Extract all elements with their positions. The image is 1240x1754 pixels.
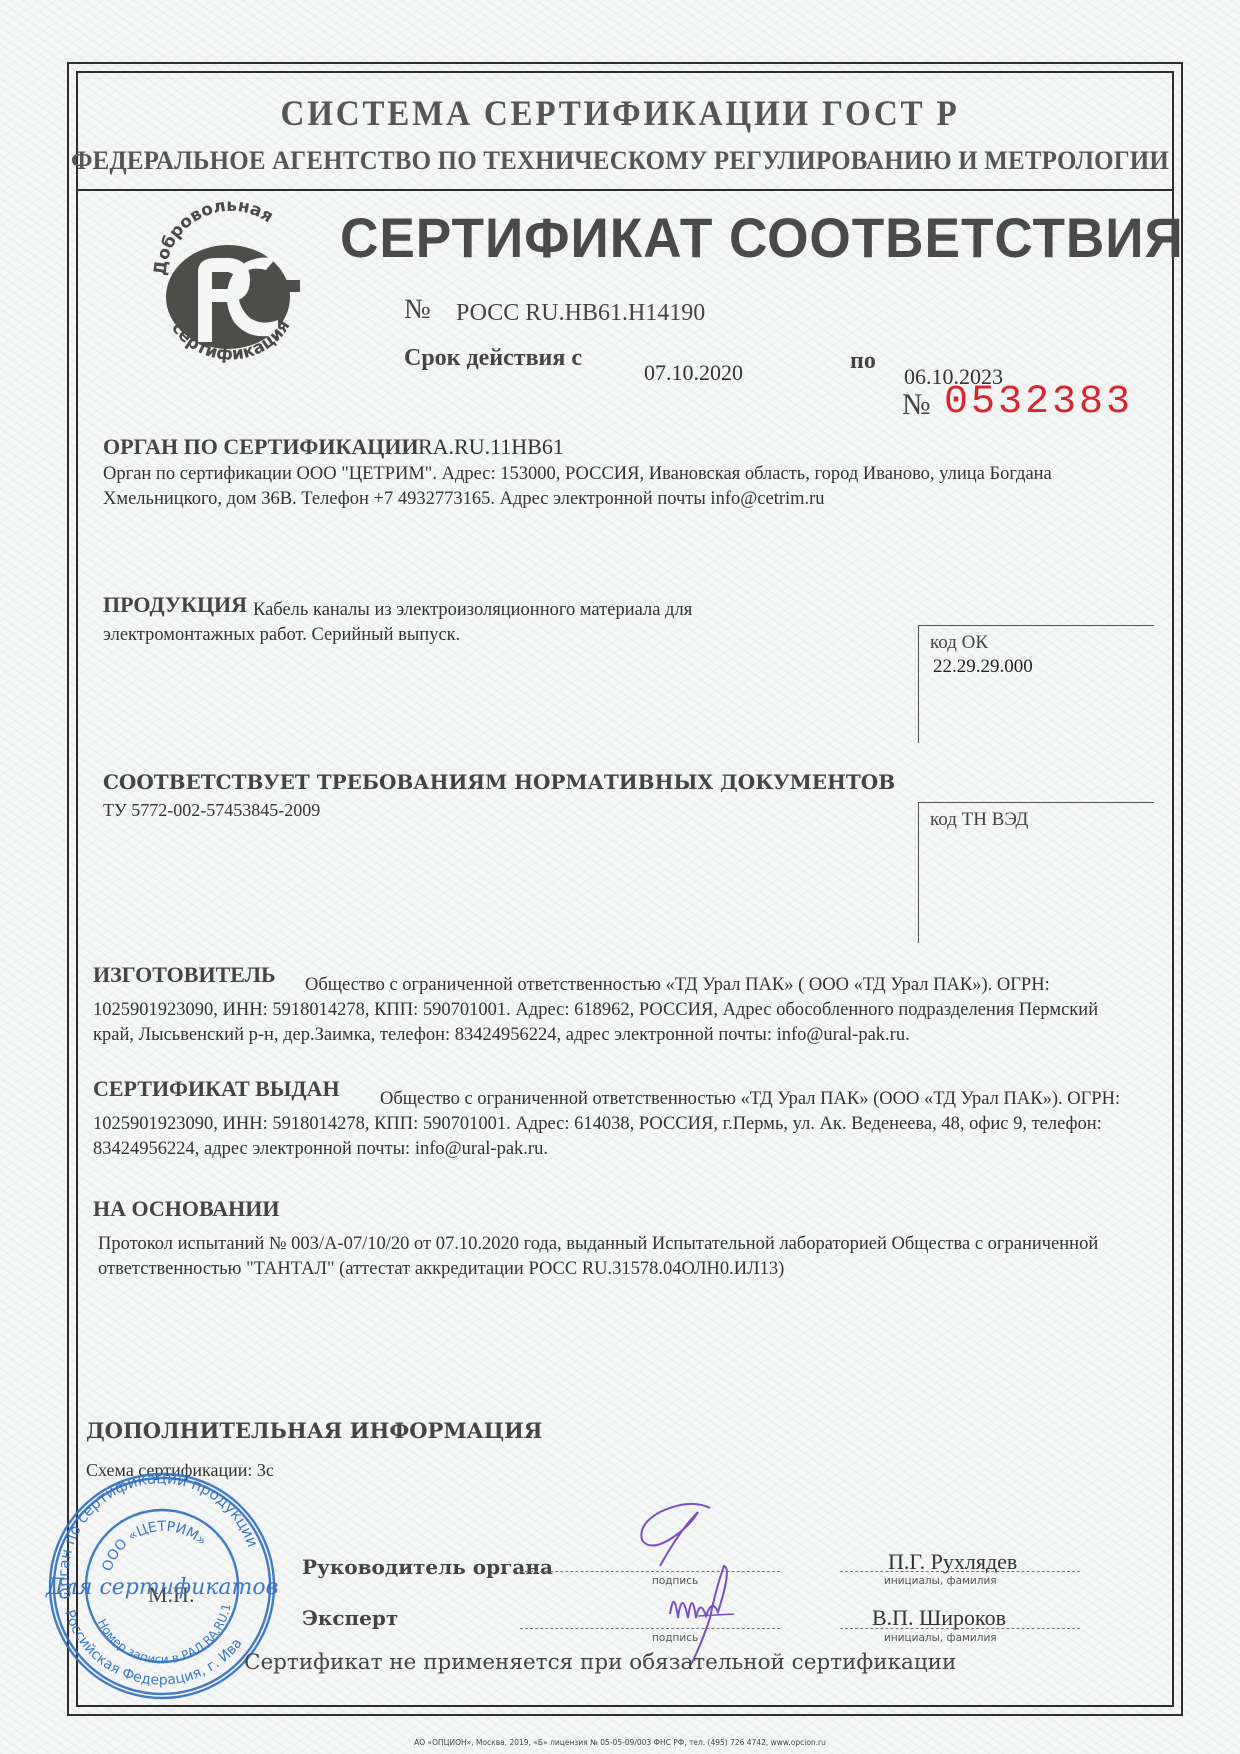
system-title: СИСТЕМА СЕРТИФИКАЦИИ ГОСТ Р bbox=[50, 92, 1191, 134]
head-name: П.Г. Рухлядев bbox=[888, 1549, 1017, 1575]
basis-heading: НА ОСНОВАНИИ bbox=[93, 1196, 280, 1222]
agency-title: ФЕДЕРАЛЬНОЕ АГЕНТСТВО ПО ТЕХНИЧЕСКОМУ РЕ… bbox=[25, 146, 1215, 176]
footer-note: Сертификат не применяется при обязательн… bbox=[244, 1650, 956, 1675]
code-tnved-label: код ТН ВЭД bbox=[930, 809, 1028, 831]
valid-from: 07.10.2020 bbox=[644, 360, 743, 386]
compliance-heading: СООТВЕТСТВУЕТ ТРЕБОВАНИЯМ НОРМАТИВНЫХ ДО… bbox=[103, 770, 895, 794]
certificate-title: СЕРТИФИКАТ СООТВЕТСТВИЯ bbox=[340, 205, 1184, 270]
printer-imprint: АО «ОПЦИОН», Москва, 2019, «Б» лицензия … bbox=[0, 1738, 1240, 1747]
head-signature-line bbox=[520, 1571, 780, 1572]
header-separator bbox=[76, 189, 1174, 191]
expert-name-caption: инициалы, фамилия bbox=[884, 1632, 997, 1644]
certification-body-code: RA.RU.11НВ61 bbox=[418, 434, 564, 460]
certification-body-heading: ОРГАН ПО СЕРТИФИКАЦИИ bbox=[103, 434, 419, 460]
number-sign: № bbox=[404, 294, 431, 326]
blank-number-sign: № bbox=[902, 388, 931, 422]
expert-name: В.П. Широков bbox=[872, 1605, 1006, 1631]
seal-center-text: Для сертификатов bbox=[45, 1575, 278, 1600]
code-ok-value: 22.29.29.000 bbox=[933, 656, 1033, 678]
rst-logo-icon: Добровольная сертификация bbox=[146, 202, 316, 367]
blank-serial-number: 0532383 bbox=[944, 380, 1133, 425]
manufacturer-text: Общество с ограниченной ответственностью… bbox=[93, 973, 1123, 1048]
basis-text: Протокол испытаний № 003/А-07/10/20 от 0… bbox=[98, 1232, 1118, 1282]
code-ok-label: код ОК bbox=[930, 632, 988, 654]
code-tnved-box: код ТН ВЭД bbox=[918, 802, 1154, 943]
compliance-documents: ТУ 5772-002-57453845-2009 bbox=[103, 800, 320, 821]
additional-info-heading: ДОПОЛНИТЕЛЬНАЯ ИНФОРМАЦИЯ bbox=[86, 1418, 542, 1443]
issued-to-text: Общество с ограниченной ответственностью… bbox=[93, 1087, 1123, 1162]
head-role-label: Руководитель органа bbox=[302, 1555, 553, 1579]
certification-body-text: Орган по сертификации ООО "ЦЕТРИМ". Адре… bbox=[103, 462, 1113, 512]
expert-signature-line bbox=[520, 1628, 780, 1629]
code-ok-box: код ОК 22.29.29.000 bbox=[918, 625, 1154, 743]
certificate-number: РОСС RU.НВ61.Н14190 bbox=[456, 300, 705, 327]
validity-label: Срок действия с bbox=[404, 345, 582, 372]
product-text: Кабель каналы из электроизоляционного ма… bbox=[103, 598, 823, 648]
valid-to-label: по bbox=[850, 348, 876, 375]
expert-role-label: Эксперт bbox=[302, 1606, 398, 1630]
head-name-caption: инициалы, фамилия bbox=[884, 1575, 997, 1587]
